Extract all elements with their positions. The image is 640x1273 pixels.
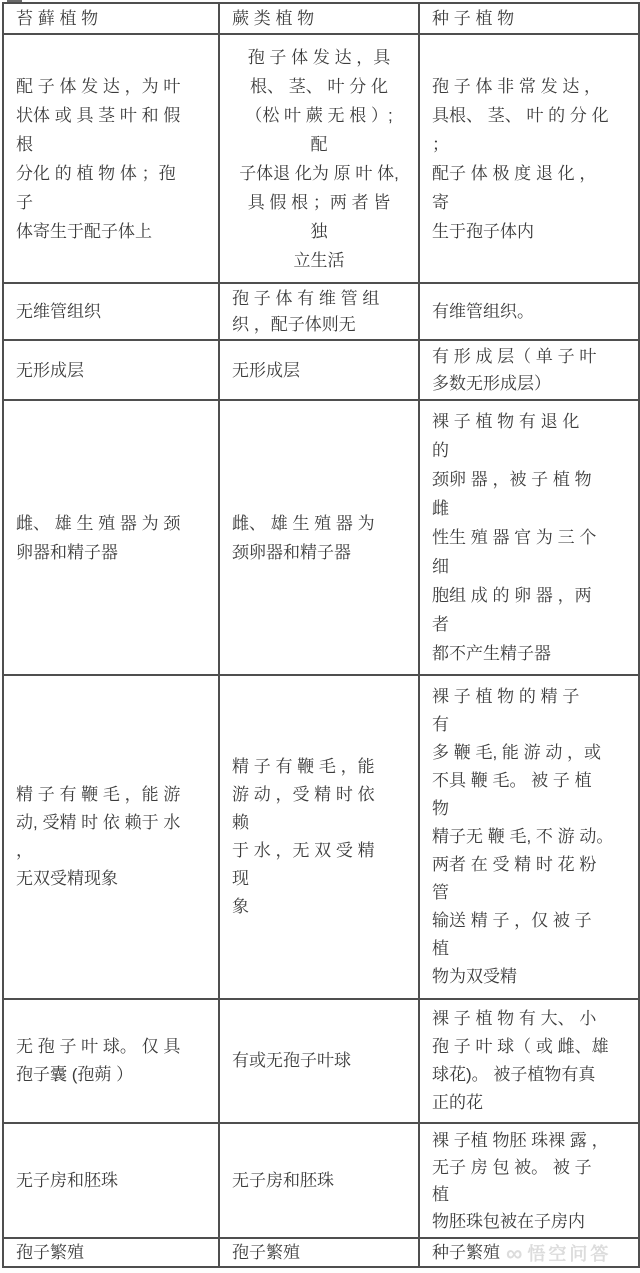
table-cell: 孢 子 体 非 常 发 达 ， 具根、 茎、 叶 的 分 化 ； 配子 体 极 … [420, 35, 638, 282]
table-row-ovary-ovule: 无子房和胚珠 无子房和胚珠 裸 子植 物胚 珠裸 露 ， 无子 房 包 被。 被… [4, 1124, 638, 1239]
cell-text: 种子繁殖 [432, 1243, 500, 1263]
cell-text: 无子房和胚珠 [16, 1167, 118, 1194]
cell-text: 无形成层 [232, 357, 300, 384]
cell-text: 无维管组织 [16, 299, 101, 325]
table-cell: 无子房和胚珠 [4, 1124, 220, 1237]
cell-text: 孢 子 体 有 维 管 组 织 ，配子体则无 [232, 286, 379, 338]
header-text: 蕨 类 植 物 [232, 9, 314, 29]
cell-text: 有 形 成 层（ 单 子 叶 多数无形成层） [432, 343, 596, 397]
column-header-moss-plants: 苔 藓 植 物 [4, 4, 220, 33]
page: 苔 藓 植 物 蕨 类 植 物 种 子 植 物 配 子 体 发 达 ，为 叶 状… [0, 0, 640, 1273]
table-row-cambium: 无形成层 无形成层 有 形 成 层（ 单 子 叶 多数无形成层） [4, 341, 638, 401]
table-cell: 配 子 体 发 达 ，为 叶 状体 或 具 茎 叶 和 假 根 分化 的 植 物… [4, 35, 220, 282]
cell-text: 孢子繁殖 [232, 1243, 300, 1263]
cell-text: 有维管组织。 [432, 299, 534, 325]
plant-comparison-table: 苔 藓 植 物 蕨 类 植 物 种 子 植 物 配 子 体 发 达 ，为 叶 状… [2, 2, 640, 1268]
column-header-fern-plants: 蕨 类 植 物 [220, 4, 420, 33]
cell-text: 雌、 雄 生 殖 器 为 颈 卵器和精子器 [16, 509, 180, 567]
table-cell: 有或无孢子叶球 [220, 1000, 420, 1122]
cell-text: 孢 子 体 发 达 ，具 根、 茎、 叶 分 化 （松 叶 蕨 无 根 ）; 配… [239, 43, 399, 275]
table-cell: 裸 子 植 物 的 精 子 有 多 鞭 毛, 能 游 动 ，或 不具 鞭 毛。 … [420, 676, 638, 998]
wukong-infinity-logo-icon: ∞ [506, 1243, 522, 1263]
cell-text: 孢 子 体 非 常 发 达 ， 具根、 茎、 叶 的 分 化 ； 配子 体 极 … [432, 72, 626, 246]
table-cell: 无 孢 子 叶 球。 仅 具 孢子囊 (孢蒴 ） [4, 1000, 220, 1122]
cell-text: 无形成层 [16, 357, 84, 384]
table-cell: 裸 子植 物胚 珠裸 露 ， 无子 房 包 被。 被 子 植 物胚珠包被在子房内 [420, 1124, 638, 1237]
column-header-seed-plants: 种 子 植 物 [420, 4, 638, 33]
table-cell: 有 形 成 层（ 单 子 叶 多数无形成层） [420, 341, 638, 399]
table-cell: 裸 子 植 物 有 大、 小 孢 子 叶 球（ 或 雌、雄 球花)。 被子植物有… [420, 1000, 638, 1122]
cell-text: 孢子繁殖 [16, 1243, 84, 1263]
table-row-gametophyte: 配 子 体 发 达 ，为 叶 状体 或 具 茎 叶 和 假 根 分化 的 植 物… [4, 35, 638, 284]
cell-text: 无 孢 子 叶 球。 仅 具 孢子囊 (孢蒴 ） [16, 1033, 180, 1089]
cell-text: 无子房和胚珠 [232, 1167, 334, 1194]
table-row-vascular-tissue: 无维管组织 孢 子 体 有 维 管 组 织 ，配子体则无 有维管组织。 [4, 284, 638, 341]
cell-text: 有或无孢子叶球 [232, 1047, 351, 1075]
table-cell: 无形成层 [220, 341, 420, 399]
table-cell: 雌、 雄 生 殖 器 为 颈 卵器和精子器 [4, 401, 220, 674]
cell-text: 精 子 有 鞭 毛 ，能 游 动, 受精 时 依 赖于 水 ， 无双受精现象 [16, 781, 180, 893]
table-cell: 孢 子 体 发 达 ，具 根、 茎、 叶 分 化 （松 叶 蕨 无 根 ）; 配… [220, 35, 420, 282]
table-cell: 孢子繁殖 [220, 1239, 420, 1266]
cell-text: 精 子 有 鞭 毛 ，能 游 动 ，受 精 时 依 赖 于 水 ，无 双 受 精… [232, 753, 375, 921]
cell-text: 雌、 雄 生 殖 器 为 颈卵器和精子器 [232, 509, 375, 567]
cell-text: 配 子 体 发 达 ，为 叶 状体 或 具 茎 叶 和 假 根 分化 的 植 物… [16, 72, 180, 246]
cell-text: 裸 子 植 物 有 大、 小 孢 子 叶 球（ 或 雌、雄 球花)。 被子植物有… [432, 1005, 609, 1117]
table-cell: 精 子 有 鞭 毛 ，能 游 动, 受精 时 依 赖于 水 ， 无双受精现象 [4, 676, 220, 998]
table-cell: 无形成层 [4, 341, 220, 399]
table-cell: 裸 子 植 物 有 退 化 的 颈卵 器 ，被 子 植 物 雌 性生 殖 器 官… [420, 401, 638, 674]
table-header-row: 苔 藓 植 物 蕨 类 植 物 种 子 植 物 [4, 4, 638, 35]
table-cell: 孢 子 体 有 维 管 组 织 ，配子体则无 [220, 284, 420, 339]
table-cell: 孢子繁殖 [4, 1239, 220, 1266]
cell-text: 裸 子 植 物 的 精 子 有 多 鞭 毛, 能 游 动 ，或 不具 鞭 毛。 … [432, 683, 613, 991]
table-cell: 有维管组织。 [420, 284, 638, 339]
watermark: ∞ 悟空问答 [506, 1240, 611, 1266]
cell-text: 裸 子 植 物 有 退 化 的 颈卵 器 ，被 子 植 物 雌 性生 殖 器 官… [432, 407, 596, 668]
watermark-text: 悟空问答 [527, 1240, 611, 1266]
cell-text: 裸 子植 物胚 珠裸 露 ， 无子 房 包 被。 被 子 植 物胚珠包被在子房内 [432, 1127, 609, 1235]
table-cell: 无子房和胚珠 [220, 1124, 420, 1237]
table-row-strobilus: 无 孢 子 叶 球。 仅 具 孢子囊 (孢蒴 ） 有或无孢子叶球 裸 子 植 物… [4, 1000, 638, 1124]
table-row-reproductive-organs: 雌、 雄 生 殖 器 为 颈 卵器和精子器 雌、 雄 生 殖 器 为 颈卵器和精… [4, 401, 638, 676]
header-text: 种 子 植 物 [432, 9, 514, 29]
table-cell: 雌、 雄 生 殖 器 为 颈卵器和精子器 [220, 401, 420, 674]
table-cell: 无维管组织 [4, 284, 220, 339]
header-text: 苔 藓 植 物 [16, 9, 98, 29]
table-cell: 精 子 有 鞭 毛 ，能 游 动 ，受 精 时 依 赖 于 水 ，无 双 受 精… [220, 676, 420, 998]
table-row-sperm-fertilization: 精 子 有 鞭 毛 ，能 游 动, 受精 时 依 赖于 水 ， 无双受精现象 精… [4, 676, 638, 1000]
